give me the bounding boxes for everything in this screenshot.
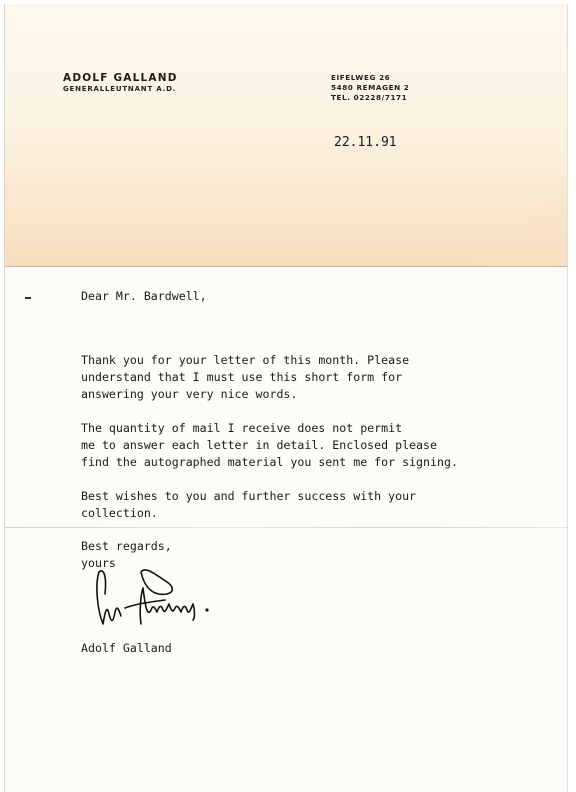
letterhead-name: ADOLF GALLAND [63, 72, 178, 84]
address-phone: TEL. 02228/7171 [331, 93, 409, 103]
paragraph-2: The quantity of mail I receive does not … [81, 420, 458, 471]
letterhead-address: EIFELWEG 26 5480 REMAGEN 2 TEL. 02228/71… [331, 73, 409, 103]
paragraph-1: Thank you for your letter of this month.… [81, 352, 409, 403]
letterhead-flap [5, 4, 567, 267]
letter-date: 22.11.91 [334, 135, 397, 150]
address-street: EIFELWEG 26 [331, 73, 409, 83]
salutation: Dear Mr. Bardwell, [81, 288, 207, 305]
margin-mark [25, 297, 31, 299]
address-city: 5480 REMAGEN 2 [331, 83, 409, 93]
letterhead-rank: GENERALLEUTNANT A.D. [63, 85, 176, 93]
signed-name: Adolf Galland [81, 640, 172, 657]
paragraph-3: Best wishes to you and further success w… [81, 488, 416, 522]
paper-fold-line [5, 527, 567, 528]
signature-icon [95, 564, 245, 634]
letter-page: ADOLF GALLAND GENERALLEUTNANT A.D. EIFEL… [4, 4, 568, 792]
